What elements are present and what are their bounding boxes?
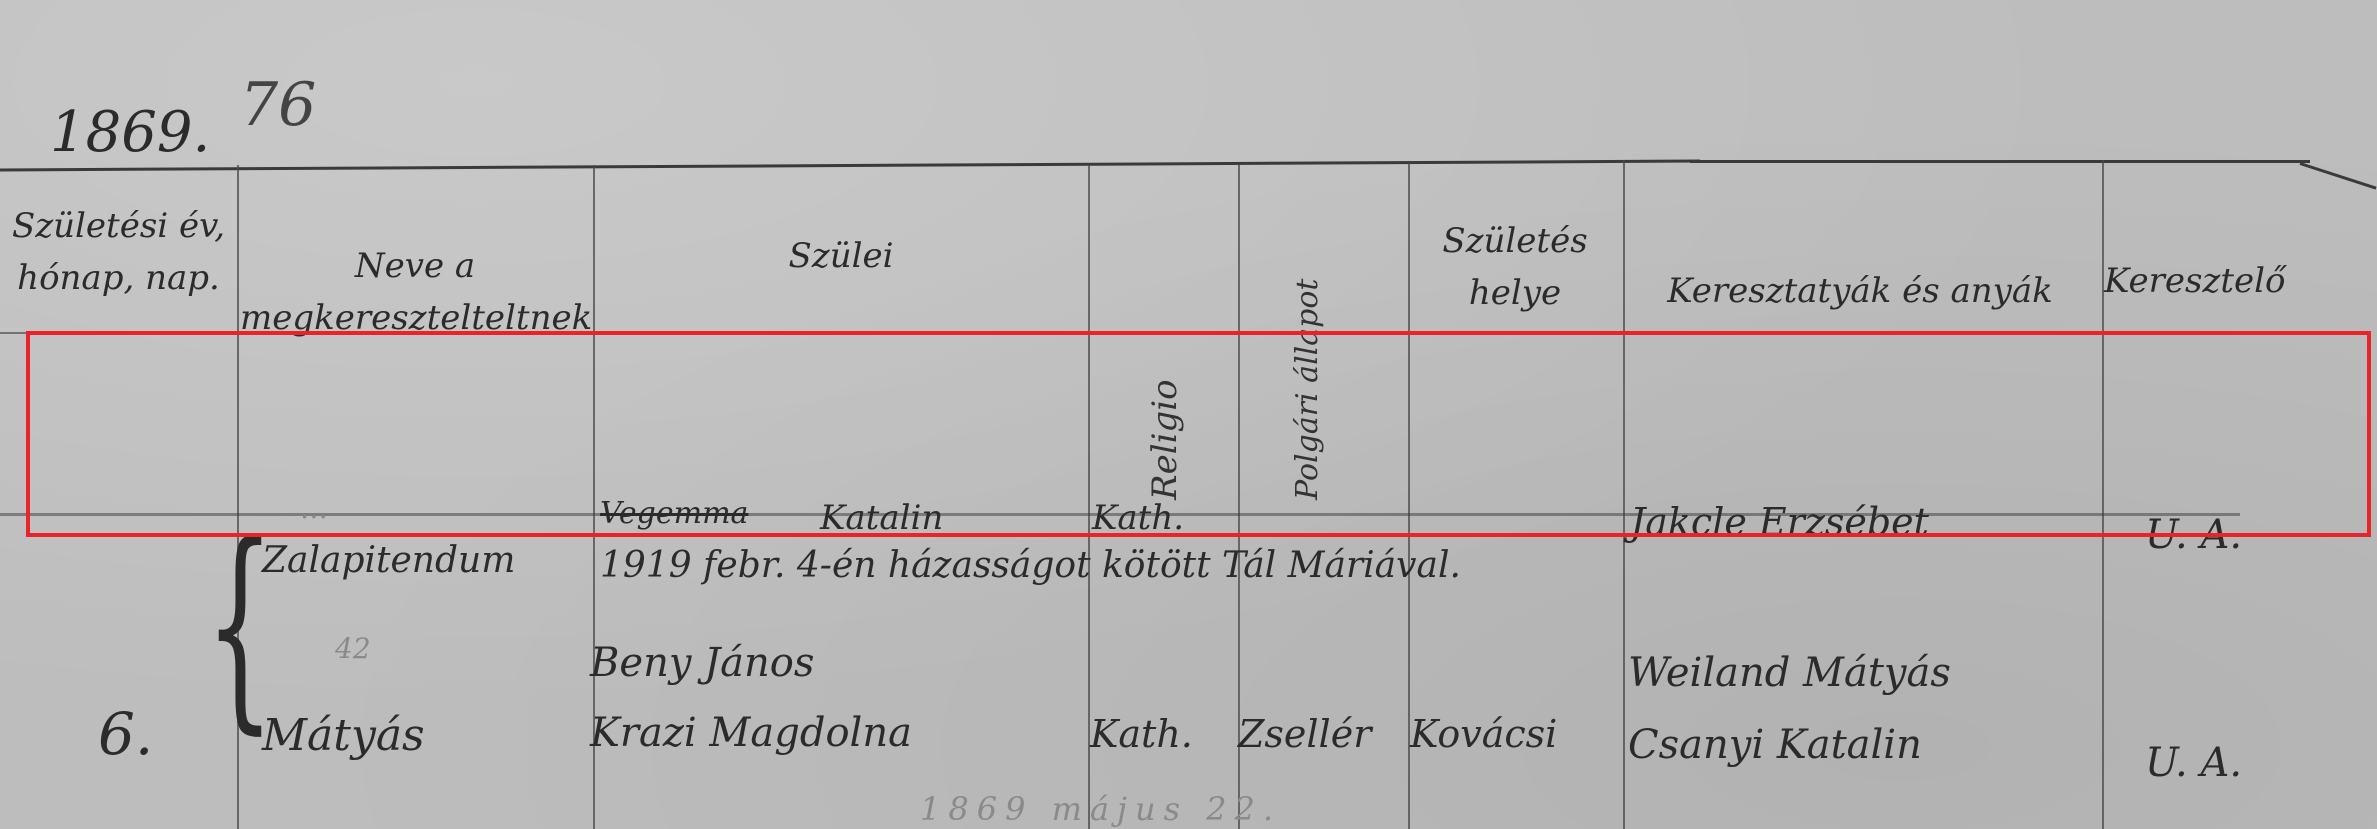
entry-baptizer: U. A.	[2145, 740, 2242, 786]
register-page: 1869. 76 Születési év, hónap, nap. Neve …	[0, 0, 2377, 829]
highlight-box	[26, 331, 2371, 537]
entry-civil-status: Zsellér	[1238, 712, 1371, 756]
column-header-civil-status: Polgári állapot	[1290, 279, 1325, 500]
column-header-religion: Religio	[1145, 379, 1185, 500]
entry-number: 6.	[98, 700, 153, 768]
entry-religion-top: Kath.	[1092, 498, 1184, 538]
header-top-rule-curl	[2300, 162, 2377, 190]
entry-name-overflow-top: …	[300, 492, 328, 525]
entry-name-note: 42	[335, 632, 371, 665]
entry-parents-top: Katalin	[820, 498, 943, 538]
year-label: 1869.	[50, 100, 210, 165]
column-header-birth-date: Születési év, hónap, nap.	[0, 200, 237, 304]
entry-faint-bottom-note: 1869 május 22.	[920, 790, 1281, 828]
entry-godfather: Weiland Mátyás	[1628, 650, 1951, 696]
column-header-godparents: Keresztatyák és anyák	[1625, 265, 2095, 317]
entry-birthplace: Kovácsi	[1410, 712, 1557, 756]
entry-marriage-note: 1919 febr. 4-én házasságot kötött Tál Má…	[600, 545, 1461, 586]
entry-parents-top-struck: Vegemma	[600, 496, 748, 531]
entry-name-top: Zalapitendum	[262, 540, 515, 581]
entry-mother: Krazi Magdolna	[590, 710, 912, 756]
header-top-rule	[0, 160, 1700, 172]
header-top-rule-right	[1690, 160, 2310, 163]
column-header-parents: Szülei	[596, 230, 1086, 282]
entry-brace: {	[205, 515, 275, 735]
entry-godmother: Csanyi Katalin	[1628, 722, 1922, 768]
entry-religion: Kath.	[1090, 712, 1193, 756]
column-header-baptizer: Keresztelő	[2104, 255, 2254, 307]
page-number: 76	[240, 70, 316, 140]
entry-godparent-top: Jakcle Erzsébet	[1630, 500, 1929, 544]
column-header-name: Neve a megkeresztelteltnek	[240, 240, 590, 344]
column-header-birthplace: Születés helye	[1410, 215, 1620, 319]
entry-baptizer-top: U. A.	[2145, 512, 2242, 558]
entry-name: Mátyás	[262, 710, 425, 761]
column-divider-6	[1623, 160, 1625, 829]
entry-father: Beny János	[590, 640, 814, 686]
